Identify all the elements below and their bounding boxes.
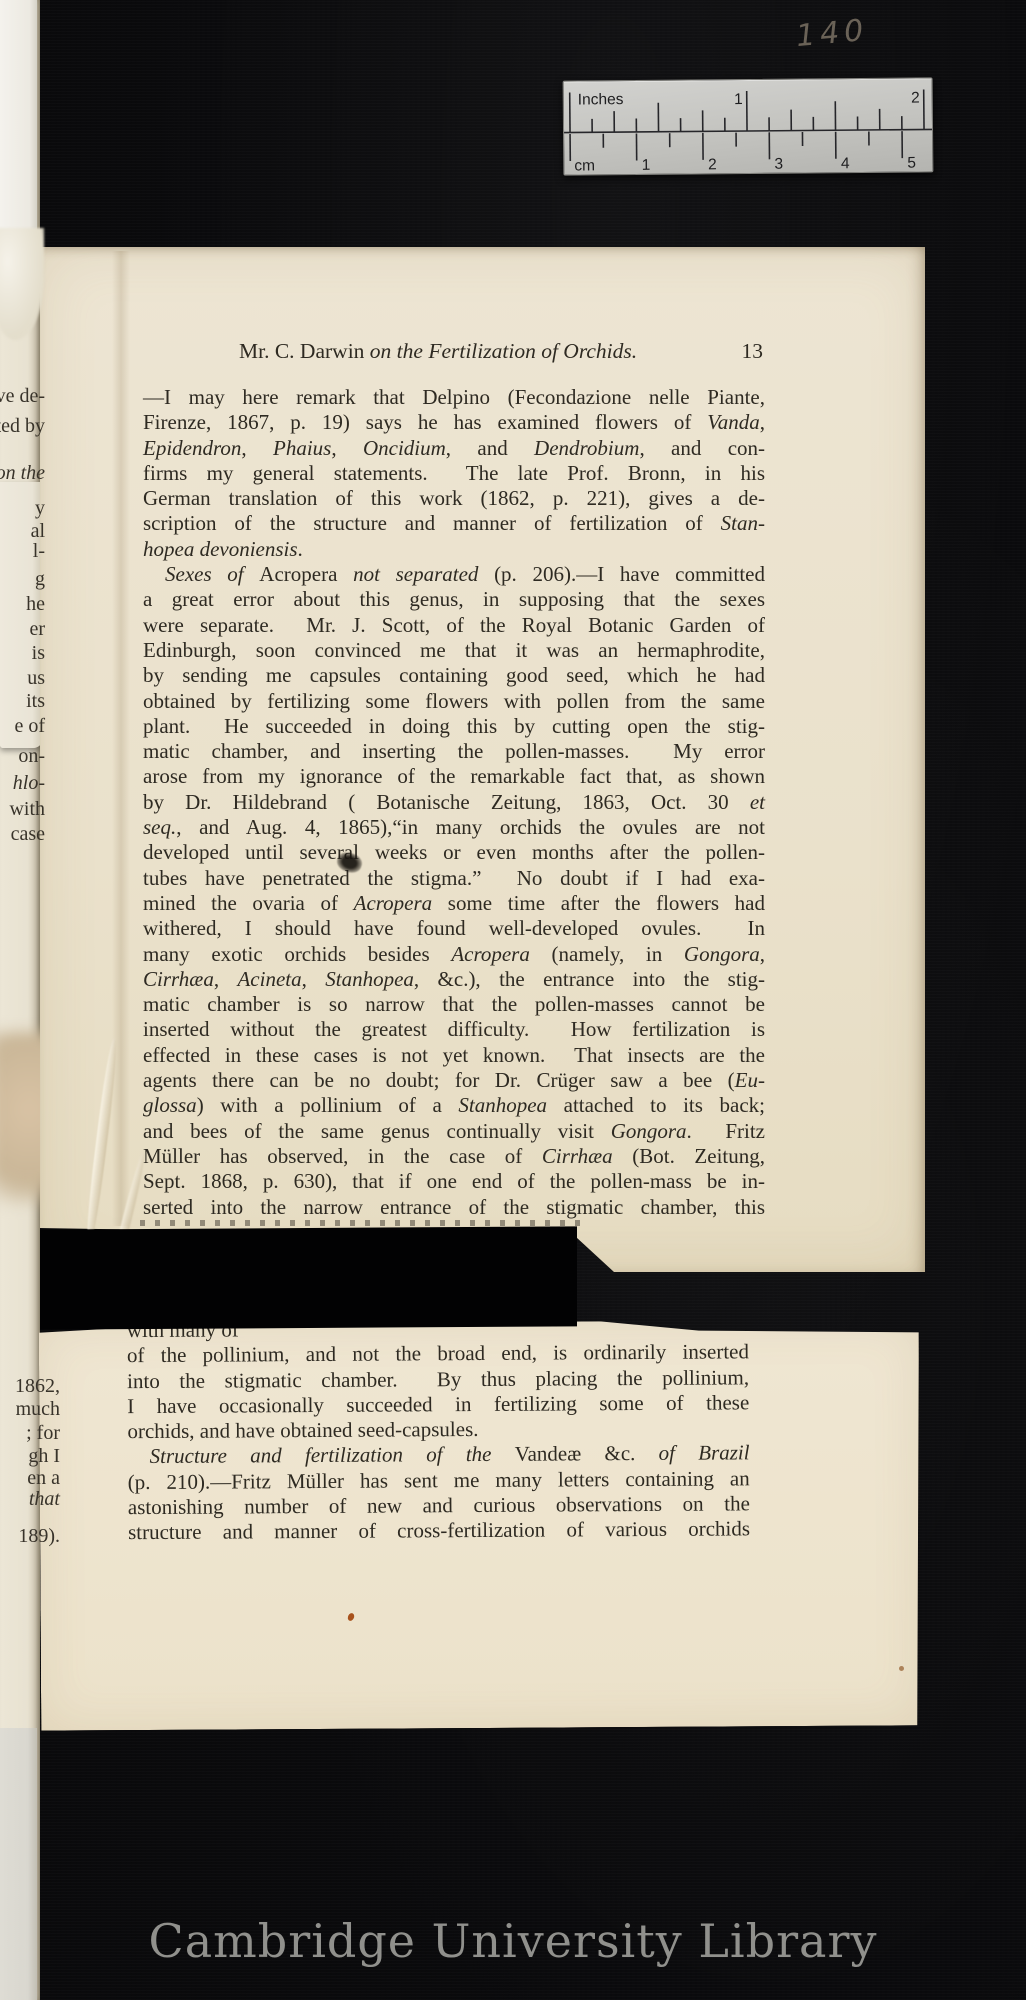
header-author: Mr. C. Darwin (239, 339, 364, 363)
torn-page-text-fragment: much (16, 1398, 60, 1421)
ruler-cm-number: 1 (642, 157, 651, 174)
text-line: matic chamber is so narrow that the poll… (143, 992, 765, 1017)
text-line: agents there can be no doubt; for Dr. Cr… (143, 1068, 765, 1093)
text-line: Sexes of Acropera not separated (p. 206)… (143, 562, 765, 587)
library-watermark: Cambridge University Library (0, 1914, 1026, 1968)
handwritten-folio-number: 140 (795, 13, 870, 54)
text-line: obtained by fertilizing some flowers wit… (143, 689, 765, 714)
text-line: a great error about this genus, in suppo… (143, 587, 765, 612)
text-line: hopea devoniensis. (143, 537, 765, 562)
ruler-cm-number: 5 (907, 155, 916, 172)
torn-page-text-fragment: e of (14, 715, 45, 738)
foxing-spot (899, 1666, 904, 1671)
page-number: 13 (742, 339, 764, 364)
cropped-text-remnant (140, 1220, 585, 1226)
text-line: inserted without the greatest difficulty… (143, 1017, 765, 1042)
text-line: Cirrhæa, Acineta, Stanhopea, &c.), the e… (143, 967, 765, 992)
torn-page-text-fragment: l- (33, 540, 45, 563)
torn-page-text-fragment: on- (18, 745, 45, 768)
text-line: plant. He succeeded in doing this by cut… (143, 714, 765, 739)
header-title: Mr. C. Darwin on the Fertilization of Or… (239, 339, 637, 364)
torn-page-text-fragment: with (9, 798, 45, 821)
torn-page-text-fragment: that (29, 1488, 60, 1511)
torn-page-text-fragment: hlo- (13, 772, 45, 795)
torn-page-text-fragment: er (29, 618, 45, 641)
torn-page-text-fragment: y (35, 497, 45, 520)
body-text-block: —I may here remark that Delpino (Feconda… (143, 385, 765, 1220)
torn-page-text-fragment: ; for (26, 1422, 60, 1445)
header-work-title: on the Fertilization of Orchids. (370, 339, 637, 363)
ruler-inch-number: 2 (911, 90, 920, 107)
ruler-cm-label: cm (574, 157, 595, 174)
torn-page-text-fragment: g (35, 568, 45, 591)
text-line: by Dr. Hildebrand ( Botanische Zeitung, … (143, 790, 765, 815)
torn-page-text-fragment: its (26, 690, 45, 713)
text-line: Structure and fertilization of the Vande… (128, 1441, 750, 1470)
book-fore-edge-top (0, 0, 37, 258)
text-line: structure and manner of cross-fertilizat… (128, 1517, 750, 1546)
text-line: Firenze, 1867, p. 19) says he has examin… (143, 410, 765, 435)
text-line: I have occasionally succeeded in fertili… (127, 1390, 749, 1419)
text-line: (p. 210).—Fritz Müller has sent me many … (128, 1466, 750, 1495)
torn-page-text-fragment: gh I (28, 1445, 60, 1468)
text-line: orchids, and have obtained seed-capsules… (127, 1416, 749, 1445)
running-header: Mr. C. Darwin on the Fertilization of Or… (143, 339, 765, 367)
text-line: into the stigmatic chamber. By thus plac… (127, 1365, 749, 1394)
text-line: Epidendron, Phaius, Oncidium, and Dendro… (143, 436, 765, 461)
text-line: matic chamber, and inserting the pollen-… (143, 739, 765, 764)
torn-page-text-fragment: on the (0, 462, 45, 485)
text-line: Müller has observed, in the case of Cirr… (143, 1144, 765, 1169)
text-line: glossa) with a pollinium of a Stanhopea … (143, 1093, 765, 1118)
ruler-cm-number: 2 (708, 156, 717, 173)
text-line: —I may here remark that Delpino (Feconda… (143, 385, 765, 410)
ruler-inch-number: 1 (734, 91, 743, 108)
text-line: serted into the narrow entrance of the s… (143, 1195, 765, 1220)
torn-page-text-fragment: is (32, 642, 45, 665)
book-page: Mr. C. Darwin on the Fertilization of Or… (40, 247, 925, 1272)
torn-page-text-fragment: he (26, 593, 45, 616)
text-line: tubes have penetrated the stigma.” No do… (143, 866, 765, 891)
text-line: effected in these cases is not yet known… (143, 1043, 765, 1068)
text-line: arose from my ignorance of the remarkabl… (143, 764, 765, 789)
torn-page-text-fragment: ted by (0, 415, 45, 438)
book-page-fragment: with many of of the pollinium, and not t… (39, 1319, 921, 1730)
text-line: Sept. 1868, p. 630), that if one end of … (143, 1169, 765, 1194)
text-line: mined the ovaria of Acropera some time a… (143, 891, 765, 916)
ruler-inches-label: Inches (578, 91, 624, 108)
torn-page-text-fragment: 1862, (15, 1375, 60, 1398)
text-line: astonishing number of new and curious ob… (128, 1491, 750, 1520)
text-line: Edinburgh, soon convinced me that it was… (143, 638, 765, 663)
torn-page-text-fragment: us (27, 667, 45, 690)
ruler-cm-number: 4 (841, 155, 850, 172)
text-line: firms my general statements. The late Pr… (143, 461, 765, 486)
text-line: German translation of this work (1862, p… (143, 486, 765, 511)
torn-page-text-fragment: en a (27, 1467, 60, 1490)
text-line: by sending me capsules containing good s… (143, 663, 765, 688)
body-text-block: with many of of the pollinium, and not t… (127, 1314, 750, 1545)
text-line: developed until several weeks or even mo… (143, 840, 765, 865)
text-line: scription of the structure and manner of… (143, 511, 765, 536)
page-crease (112, 251, 130, 1226)
text-line: were separate. Mr. J. Scott, of the Roya… (143, 613, 765, 638)
measurement-ruler: Inches12cm12345 (563, 77, 934, 175)
torn-page-text-fragment: 189). (18, 1525, 60, 1548)
text-line: and bees of the same genus continually v… (143, 1119, 765, 1144)
text-line: many exotic orchids besides Acropera (na… (143, 942, 765, 967)
black-masking-bar (40, 1226, 577, 1329)
torn-page-text-fragment: case (11, 823, 45, 846)
ruler-scale: Inches12cm12345 (564, 78, 933, 174)
text-line: seq., and Aug. 4, 1865),“in many orchids… (143, 815, 765, 840)
text-line: of the pollinium, and not the broad end,… (127, 1340, 749, 1369)
text-line: withered, I should have found well-devel… (143, 916, 765, 941)
ruler-cm-number: 3 (774, 156, 783, 173)
torn-page-text-fragment: ave de- (0, 385, 45, 408)
